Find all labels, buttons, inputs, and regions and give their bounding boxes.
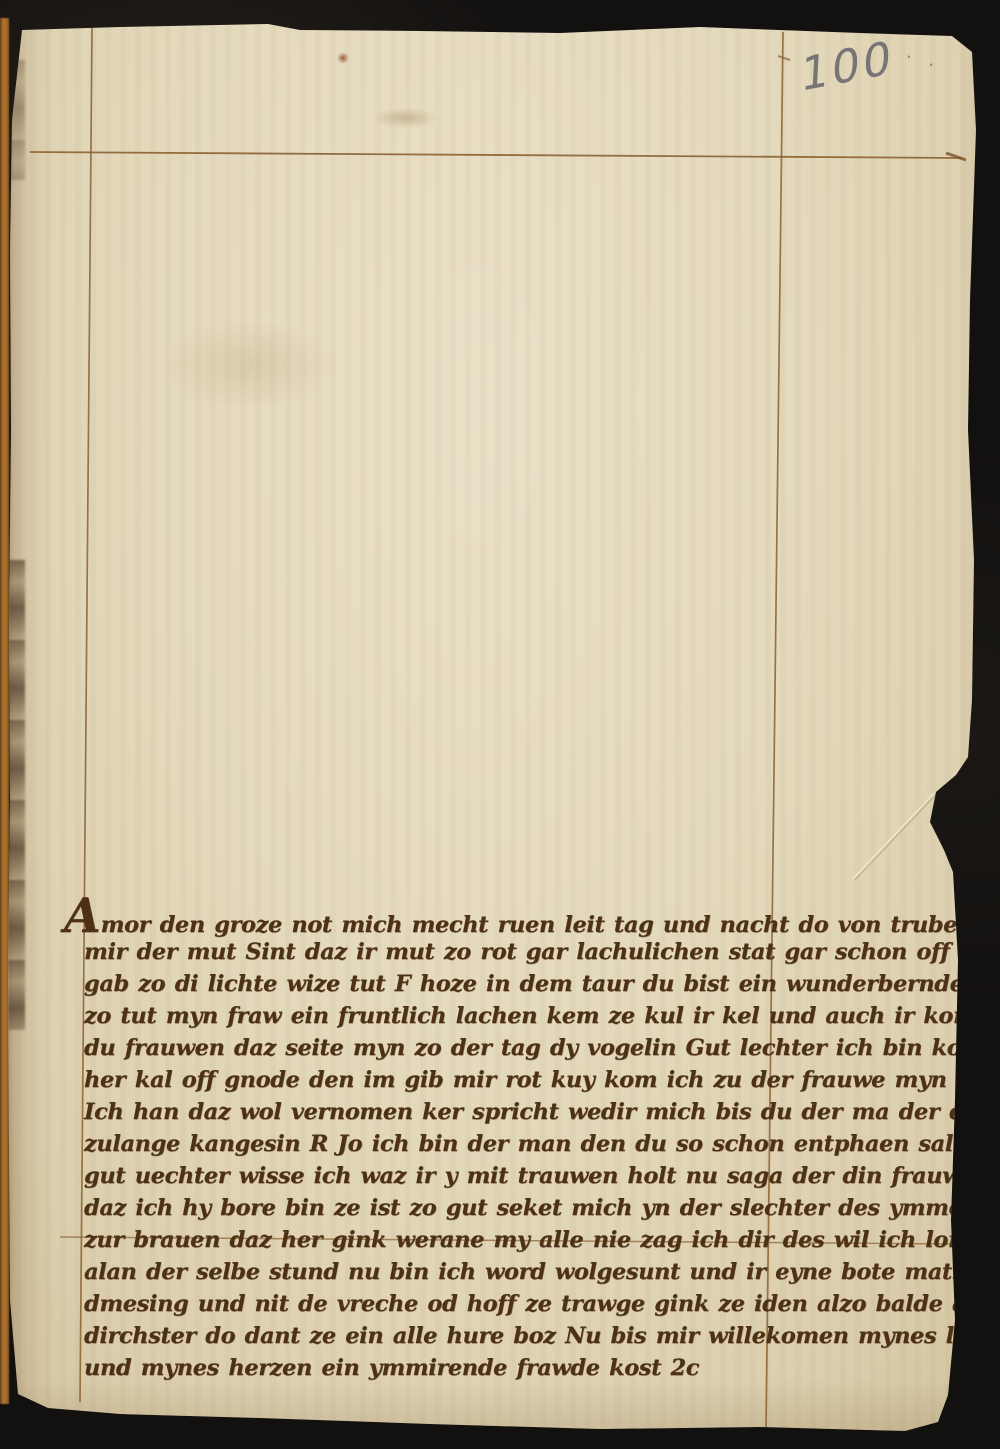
text-line-11: zur brauen daz her gink werane my alle n…	[84, 1224, 952, 1256]
text-line-3: gab zo di lichte wize tut F hoze in dem …	[84, 968, 952, 1000]
ruling-horizontal-top	[30, 152, 962, 158]
text-line-7: Ich han daz wol vernomen ker spricht wed…	[84, 1096, 952, 1128]
text-line-10: daz ich hy bore bin ze ist zo gut seket …	[84, 1192, 952, 1224]
text-line-5: du frauwen daz seite myn zo der tag dy v…	[84, 1032, 952, 1064]
ruling-horizontal-top-hook	[946, 153, 966, 160]
text-line-1: Amor den groze not mich mecht ruen leit …	[64, 904, 952, 936]
text-line-2: mir der mut Sint daz ir mut zo rot gar l…	[84, 936, 952, 968]
text-line-4: zo tut myn fraw ein fruntlich lachen kem…	[84, 1000, 952, 1032]
text-block: Amor den groze not mich mecht ruen leit …	[84, 904, 952, 1384]
book-spine-edge	[0, 18, 9, 1404]
text-line-15: und mynes herzen ein ymmirende frawde ko…	[84, 1352, 952, 1384]
photo-backdrop: { "page": { "number": "100", "pencil_dot…	[0, 0, 1000, 1449]
ruling-tick	[778, 56, 790, 60]
text-line-14: dirchster do dant ze ein alle hure boz N…	[84, 1320, 952, 1352]
text-line-8: zulange kangesin R Jo ich bin der man de…	[84, 1128, 952, 1160]
text-line-12: alan der selbe stund nu bin ich word wol…	[84, 1256, 952, 1288]
text-line-9: gut uechter wisse ich waz ir y mit trauw…	[84, 1160, 952, 1192]
underlying-leaf-corner	[25, 1423, 83, 1449]
manuscript-page: 100 · · Amor den groze not mich mecht ru…	[0, 0, 1000, 1449]
text-line-13: dmesing und nit de vreche od hoff ze tra…	[84, 1288, 952, 1320]
text-line-6: her kal off gnode den im gib mir rot kuy…	[84, 1064, 952, 1096]
